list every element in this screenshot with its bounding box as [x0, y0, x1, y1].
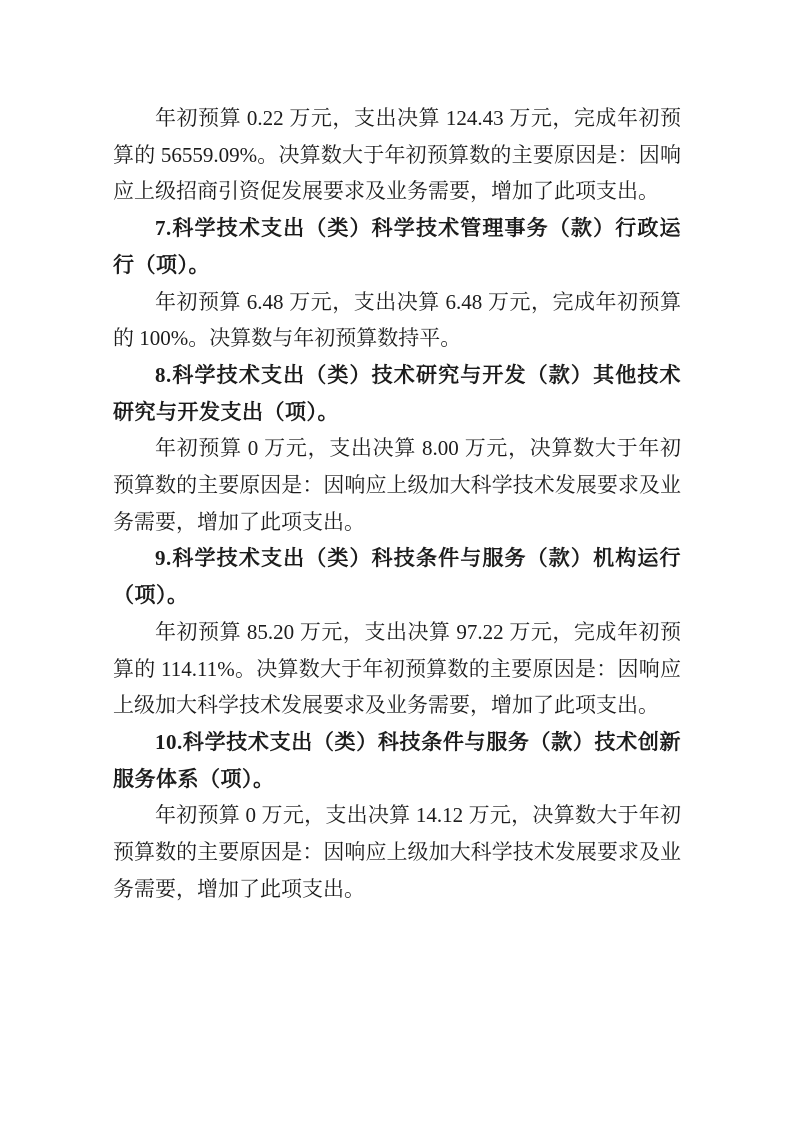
budget-paragraph-item-9: 年初预算 85.20 万元，支出决算 97.22 万元，完成年初预算的 114.… [113, 614, 681, 724]
budget-paragraph-item-8: 年初预算 0 万元，支出决算 8.00 万元，决算数大于年初预算数的主要原因是：… [113, 430, 681, 540]
budget-paragraph-item-10: 年初预算 0 万元，支出决算 14.12 万元，决算数大于年初预算数的主要原因是… [113, 797, 681, 907]
budget-paragraph-item-7: 年初预算 6.48 万元，支出决算 6.48 万元，完成年初预算的 100%。决… [113, 284, 681, 357]
document-content: 年初预算 0.22 万元，支出决算 124.43 万元，完成年初预算的 5655… [113, 100, 681, 907]
section-heading-9: 9.科学技术支出（类）科技条件与服务（款）机构运行（项）。 [113, 540, 681, 613]
budget-paragraph-other-commerce: 年初预算 0.22 万元，支出决算 124.43 万元，完成年初预算的 5655… [113, 100, 681, 210]
section-heading-8: 8.科学技术支出（类）技术研究与开发（款）其他技术研究与开发支出（项）。 [113, 357, 681, 430]
document-page: 年初预算 0.22 万元，支出决算 124.43 万元，完成年初预算的 5655… [0, 0, 793, 1122]
section-heading-10: 10.科学技术支出（类）科技条件与服务（款）技术创新服务体系（项）。 [113, 724, 681, 797]
section-heading-7: 7.科学技术支出（类）科学技术管理事务（款）行政运行（项）。 [113, 210, 681, 283]
